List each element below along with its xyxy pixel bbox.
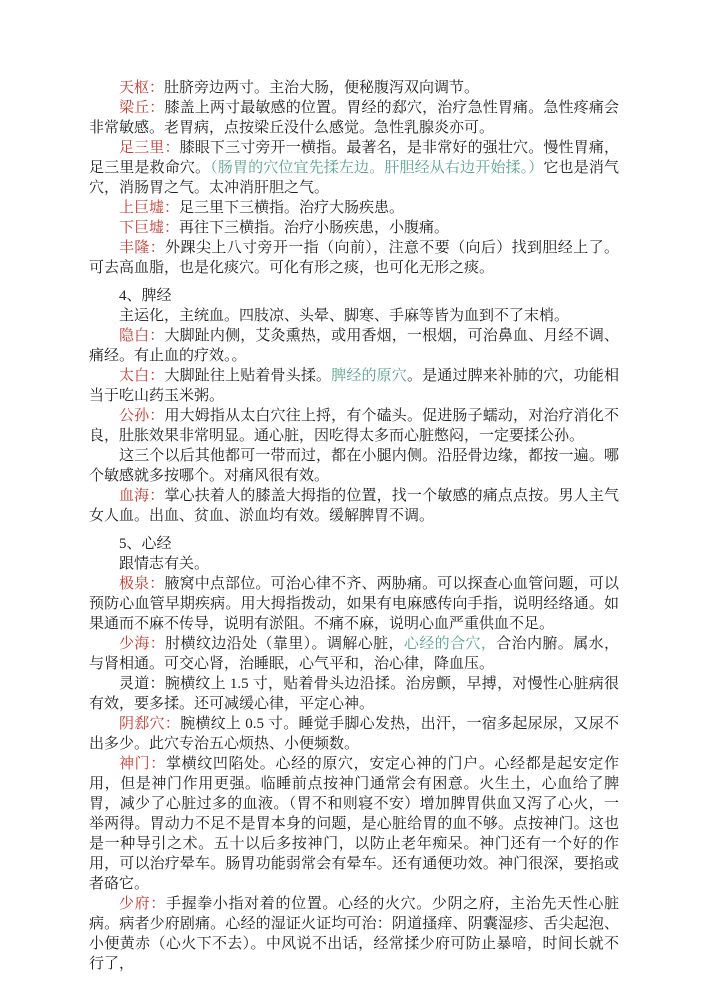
section-heading: 4、脾经 bbox=[89, 286, 619, 306]
body-text: 足三里下三横指。治疗大肠疾患。 bbox=[179, 200, 404, 216]
document-body: 天枢：肚脐旁边两寸。主治大肠，便秘腹泻双向调节。梁丘：膝盖上两寸最敏感的位置。胃… bbox=[89, 78, 619, 974]
document-page: 天枢：肚脐旁边两寸。主治大肠，便秘腹泻双向调节。梁丘：膝盖上两寸最敏感的位置。胃… bbox=[0, 0, 706, 1000]
paragraph: 少府：手握拳小指对着的位置。心经的火穴。少阴之府，主治先天性心脏病。病者少府剧痛… bbox=[89, 894, 619, 974]
body-text: 再往下三横指。治疗小肠疾患，小腹痛。 bbox=[179, 220, 449, 236]
acupoint-label: 少海： bbox=[119, 636, 165, 652]
body-text: 用大姆指从太白穴往上捋，有个磕头。促进肠子蠕动，对治疗消化不良，肚胀效果非常明显… bbox=[89, 408, 619, 444]
paragraph: 梁丘：膝盖上两寸最敏感的位置。胃经的郄穴，治疗急性胃痛。急性疼痛会非常敏感。老胃… bbox=[89, 98, 619, 138]
body-text: 5、心经 bbox=[119, 536, 172, 552]
tip-note: （肠胃的穴位宜先揉左边。肝胆经从右边开始揉。） bbox=[210, 160, 543, 176]
body-text: 灵道：腕横纹上 1.5 寸，贴着骨头边沿揉。治房颤，早搏，对慢性心脏病很有效，要… bbox=[89, 676, 619, 712]
section-heading: 5、心经 bbox=[89, 534, 619, 554]
body-text: 跟情志有关。 bbox=[119, 556, 209, 572]
paragraph: 血海：掌心扶着人的膝盖大拇指的位置，找一个敏感的痛点点按。男人主气女人血。出血、… bbox=[89, 486, 619, 526]
acupoint-label: 上巨墟： bbox=[119, 200, 179, 216]
body-text: 这三个以后其他都可一带而过，都在小腿内侧。沿胫骨边缘，都按一遍。哪个敏感就多按哪… bbox=[89, 448, 619, 484]
body-text: 腋窝中点部位。可治心律不齐、两胁痛。可以探查心血管问题，可以预防心血管早期疾病。… bbox=[89, 576, 619, 632]
acupoint-label: 少府： bbox=[119, 896, 166, 912]
body-text: 大脚趾往上贴着骨头揉。 bbox=[164, 368, 331, 384]
paragraph: 天枢：肚脐旁边两寸。主治大肠，便秘腹泻双向调节。 bbox=[89, 78, 619, 98]
tip-note: 心经的合穴， bbox=[404, 636, 496, 652]
acupoint-label: 血海： bbox=[119, 488, 164, 504]
paragraph: 隐白：大脚趾内侧，艾灸熏热，或用香烟，一根烟，可治鼻血、月经不调、痛经。有止血的… bbox=[89, 326, 619, 366]
acupoint-label: 神门： bbox=[119, 756, 166, 772]
acupoint-label: 下巨墟： bbox=[119, 220, 179, 236]
paragraph: 下巨墟：再往下三横指。治疗小肠疾患，小腹痛。 bbox=[89, 218, 619, 238]
acupoint-label: 阴郄穴： bbox=[119, 716, 180, 732]
paragraph: 上巨墟：足三里下三横指。治疗大肠疾患。 bbox=[89, 198, 619, 218]
paragraph: 公孙：用大姆指从太白穴往上捋，有个磕头。促进肠子蠕动，对治疗消化不良，肚胀效果非… bbox=[89, 406, 619, 446]
acupoint-label: 太白： bbox=[119, 368, 164, 384]
paragraph: 极泉：腋窝中点部位。可治心律不齐、两胁痛。可以探查心血管问题，可以预防心血管早期… bbox=[89, 574, 619, 634]
body-text: 掌心扶着人的膝盖大拇指的位置，找一个敏感的痛点点按。男人主气女人血。出血、贫血、… bbox=[89, 488, 619, 524]
body-text: 大脚趾内侧，艾灸熏热，或用香烟，一根烟，可治鼻血、月经不调、痛经。有止血的疗效。… bbox=[89, 328, 619, 364]
paragraph: 丰隆：外踝尖上八寸旁开一指（向前），注意不要（向后）找到胆经上了。可去高血脂，也… bbox=[89, 238, 619, 278]
body-text: 4、脾经 bbox=[119, 288, 172, 304]
body-text: 肘横纹边沿处（靠里）。调解心脏， bbox=[165, 636, 404, 652]
body-text: 外踝尖上八寸旁开一指（向前），注意不要（向后）找到胆经上了。可去高血脂，也是化痰… bbox=[89, 240, 619, 276]
acupoint-label: 梁丘： bbox=[119, 100, 164, 116]
acupoint-label: 丰隆： bbox=[119, 240, 165, 256]
acupoint-label: 天枢： bbox=[119, 80, 164, 96]
paragraph: 少海：肘横纹边沿处（靠里）。调解心脏，心经的合穴，合治内腑。属水，与肾相通。可交… bbox=[89, 634, 619, 674]
body-text: 膝盖上两寸最敏感的位置。胃经的郄穴，治疗急性胃痛。急性疼痛会非常敏感。老胃病，点… bbox=[89, 100, 619, 136]
paragraph: 太白：大脚趾往上贴着骨头揉。脾经的原穴。是通过脾来补肺的穴，功能相当于吃山药玉米… bbox=[89, 366, 619, 406]
paragraph: 阴郄穴：腕横纹上 0.5 寸。睡觉手脚心发热，出汗，一宿多起尿尿，又尿不出多少。… bbox=[89, 714, 619, 754]
paragraph: 神门：掌横纹凹陷处。心经的原穴，安定心神的门户。心经都是起安定作用，但是神门作用… bbox=[89, 754, 619, 894]
body-text: 掌横纹凹陷处。心经的原穴，安定心神的门户。心经都是起安定作用，但是神门作用更强。… bbox=[89, 756, 619, 892]
acupoint-label: 足三里： bbox=[119, 140, 180, 156]
paragraph: 足三里：膝眼下三寸旁开一横指。最著名，是非常好的强壮穴。慢性胃痛，足三里是救命穴… bbox=[89, 138, 619, 198]
acupoint-label: 公孙： bbox=[119, 408, 164, 424]
paragraph: 灵道：腕横纹上 1.5 寸，贴着骨头边沿揉。治房颤，早搏，对慢性心脏病很有效，要… bbox=[89, 674, 619, 714]
body-text: 主运化，主统血。四肢凉、头晕、脚寒、手麻等皆为血到不了末梢。 bbox=[119, 308, 569, 324]
paragraph: 主运化，主统血。四肢凉、头晕、脚寒、手麻等皆为血到不了末梢。 bbox=[89, 306, 619, 326]
body-text: 手握拳小指对着的位置。心经的火穴。少阴之府，主治先天性心脏病。病者少府剧痛。心经… bbox=[89, 896, 619, 972]
paragraph: 跟情志有关。 bbox=[89, 554, 619, 574]
acupoint-label: 极泉： bbox=[119, 576, 164, 592]
body-text: 肚脐旁边两寸。主治大肠，便秘腹泻双向调节。 bbox=[164, 80, 479, 96]
paragraph: 这三个以后其他都可一带而过，都在小腿内侧。沿胫骨边缘，都按一遍。哪个敏感就多按哪… bbox=[89, 446, 619, 486]
tip-note: 脾经的原穴 bbox=[331, 368, 407, 384]
acupoint-label: 隐白： bbox=[119, 328, 164, 344]
